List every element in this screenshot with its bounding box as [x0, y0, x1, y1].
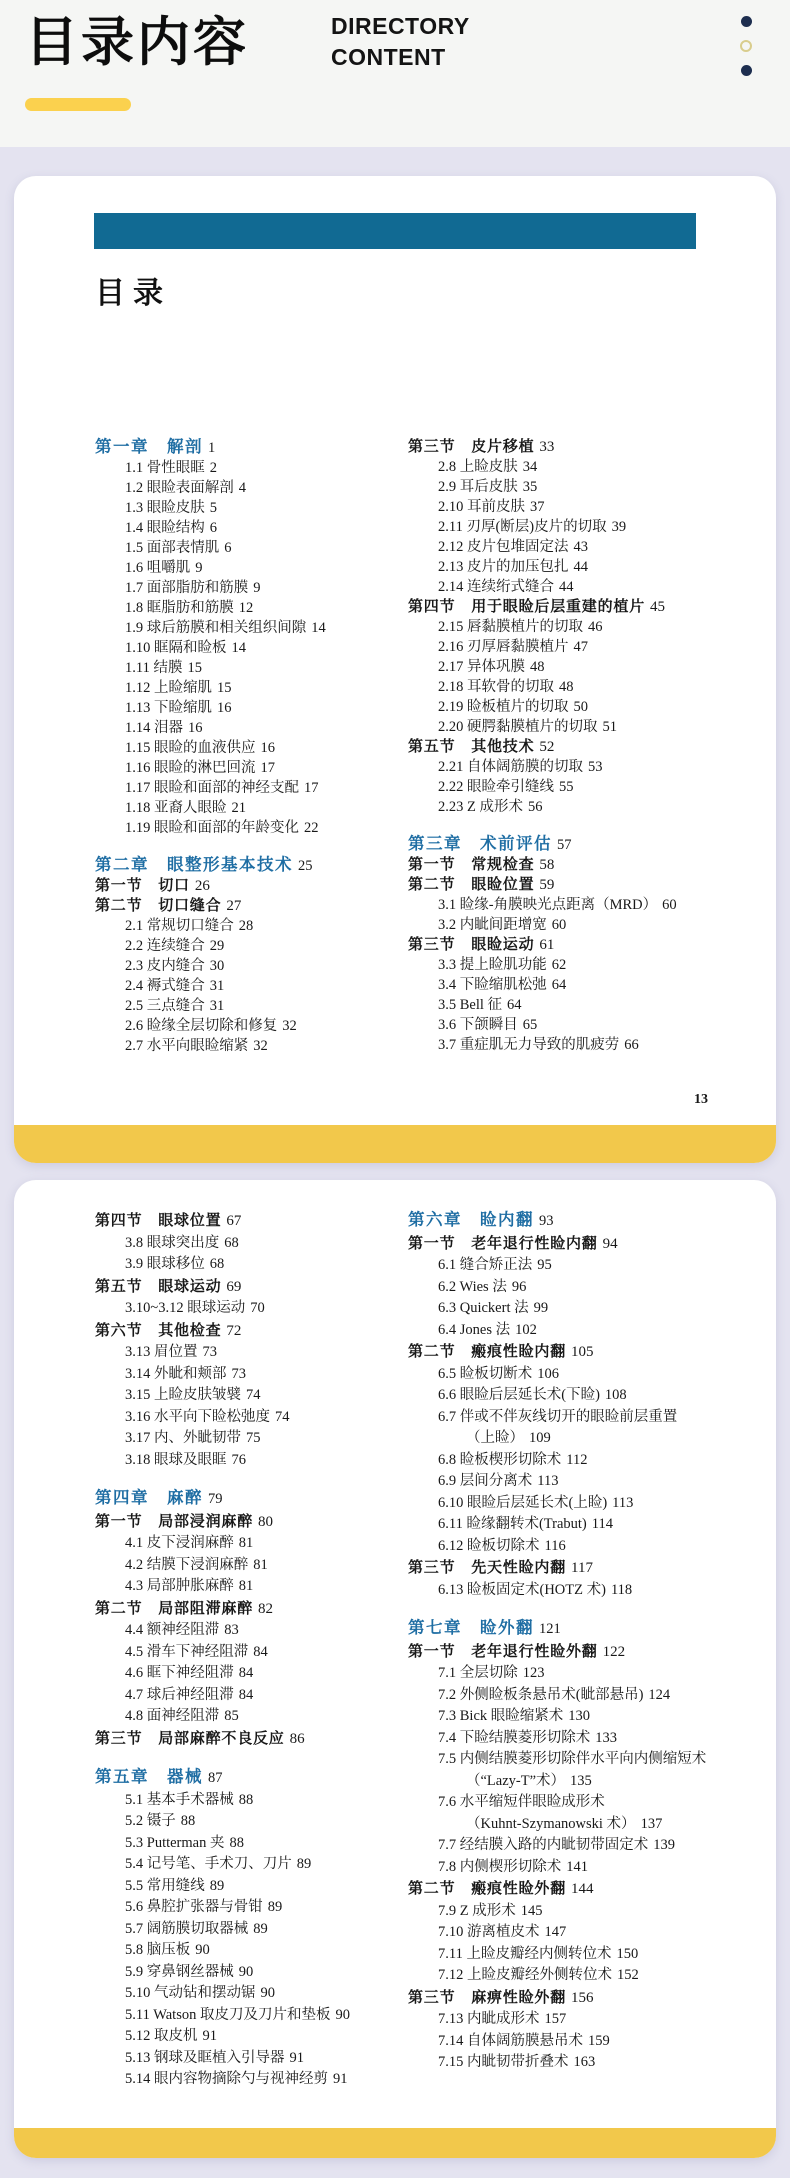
- entry-page-number: 135: [570, 1773, 592, 1789]
- entry-label: 6.12 睑板切除术: [438, 1538, 540, 1554]
- toc-item-entry: 2.10 耳前皮肤37: [408, 497, 756, 517]
- entry-label: 第五节 其他技术: [408, 738, 534, 755]
- entry-page-number: 116: [545, 1538, 566, 1554]
- toc-heading: 目录: [95, 268, 171, 312]
- toc-section-entry: 第五节 其他技术52: [408, 737, 756, 757]
- entry-page-number: 84: [253, 1644, 268, 1660]
- entry-page-number: 60: [662, 897, 677, 913]
- toc-chapter-entry: 第五章 器械87: [95, 1767, 408, 1790]
- entry-page-number: 74: [246, 1387, 261, 1403]
- toc-item-entry: 4.2 结膜下浸润麻醉81: [95, 1555, 408, 1577]
- entry-label: 4.8 面神经阻滞: [125, 1708, 219, 1724]
- entry-label: 6.13 睑板固定术(HOTZ 术): [438, 1582, 606, 1598]
- toc-item-entry: 1.11 结膜15: [95, 658, 408, 678]
- toc-item-entry: 4.8 面神经阻滞85: [95, 1706, 408, 1728]
- entry-label: 第一节 常规检查: [408, 856, 534, 873]
- toc-item-entry: 2.6 睑缘全层切除和修复32: [95, 1016, 408, 1036]
- entry-label: 1.16 眼睑的淋巴回流: [125, 760, 256, 776]
- toc-section-entry: 第一节 局部浸润麻醉80: [95, 1511, 408, 1534]
- toc-item-entry: 3.3 提上睑肌功能62: [408, 955, 756, 975]
- entry-label: 3.2 内眦间距增宽: [438, 917, 547, 933]
- entry-page-number: 114: [592, 1516, 613, 1532]
- entry-page-number: 15: [187, 660, 202, 676]
- dot-filled-icon: [741, 65, 752, 76]
- entry-page-number: 112: [566, 1452, 587, 1468]
- toc-item-entry: 6.2 Wies 法96: [408, 1277, 756, 1299]
- entry-page-number: 43: [574, 539, 589, 555]
- toc-item-entry: 2.14 连续绗式缝合44: [408, 577, 756, 597]
- entry-page-number: 122: [603, 1644, 626, 1660]
- toc-section-entry: 第二节 切口缝合27: [95, 896, 408, 916]
- page-title-english-line1: DIRECTORY: [331, 11, 470, 42]
- entry-page-number: 147: [545, 1924, 567, 1940]
- entry-page-number: 80: [258, 1514, 273, 1530]
- entry-label: 1.13 下睑缩肌: [125, 700, 212, 716]
- toc-item-entry: 6.1 缝合矫正法95: [408, 1255, 756, 1277]
- toc-item-entry: 7.14 自体阔筋膜悬吊术159: [408, 2031, 756, 2053]
- entry-page-number: 88: [181, 1813, 196, 1829]
- toc-item-entry: 5.9 穿鼻钢丝器械90: [95, 1962, 408, 1984]
- entry-label: 2.23 Z 成形术: [438, 799, 523, 815]
- toc-item-entry: 1.18 亚裔人眼睑21: [95, 798, 408, 818]
- entry-page-number: 108: [605, 1387, 627, 1403]
- entry-label: 5.9 穿鼻钢丝器械: [125, 1964, 234, 1980]
- toc-section-entry: 第一节 老年退行性睑外翻122: [408, 1641, 756, 1664]
- toc-item-entry: 1.14 泪器16: [95, 718, 408, 738]
- toc-item-entry: 1.3 眼睑皮肤5: [95, 498, 408, 518]
- toc-item-entry: 3.10~3.12 眼球运动70: [95, 1298, 408, 1320]
- entry-label: 第六节 其他检查: [95, 1322, 221, 1339]
- entry-page-number: 28: [239, 918, 254, 934]
- entry-page-number: 44: [574, 559, 589, 575]
- entry-label: 7.12 上睑皮瓣经外侧转位术: [438, 1967, 612, 1983]
- toc-section-entry: 第三节 皮片移植33: [408, 437, 756, 457]
- entry-label: 1.6 咀嚼肌: [125, 560, 190, 576]
- entry-label: 1.4 眼睑结构: [125, 520, 205, 536]
- toc-item-entry: 2.16 刃厚唇黏膜植片47: [408, 637, 756, 657]
- toc-item-entry: 5.7 阔筋膜切取器械89: [95, 1919, 408, 1941]
- toc-item-entry: 6.4 Jones 法102: [408, 1320, 756, 1342]
- entry-page-number: 66: [624, 1037, 639, 1053]
- entry-label: 7.8 内侧楔形切除术: [438, 1859, 561, 1875]
- entry-label-continuation: （Kuhnt-Szymanowski 术）: [466, 1816, 636, 1832]
- entry-label: 7.11 上睑皮瓣经内侧转位术: [438, 1946, 611, 1962]
- toc-item-entry: 2.15 唇黏膜植片的切取46: [408, 617, 756, 637]
- entry-label: 6.11 睑缘翻转术(Trabut): [438, 1516, 587, 1532]
- toc-item-entry: 7.8 内侧楔形切除术141: [408, 1857, 756, 1879]
- entry-label: 第四节 眼球位置: [95, 1212, 221, 1229]
- entry-page-number: 81: [253, 1557, 268, 1573]
- entry-page-number: 93: [539, 1213, 554, 1229]
- entry-label: 第三节 麻痹性睑外翻: [408, 1989, 566, 2006]
- toc-item-entry: 4.5 滑车下神经阻滞84: [95, 1642, 408, 1664]
- toc-item-entry: 6.11 睑缘翻转术(Trabut)114: [408, 1514, 756, 1536]
- entry-label: 5.3 Putterman 夹: [125, 1835, 224, 1851]
- entry-page-number: 48: [559, 679, 574, 695]
- toc-item-entry: 3.16 水平向下睑松弛度74: [95, 1407, 408, 1429]
- entry-label: 2.10 耳前皮肤: [438, 499, 525, 515]
- entry-label: 第三章 术前评估: [408, 835, 552, 853]
- entry-page-number: 22: [304, 820, 319, 836]
- entry-label: 6.8 睑板楔形切除术: [438, 1452, 561, 1468]
- entry-label: 3.18 眼球及眼眶: [125, 1452, 227, 1468]
- entry-page-number: 91: [290, 2050, 305, 2066]
- entry-label: 1.8 眶脂肪和筋膜: [125, 600, 234, 616]
- entry-page-number: 83: [224, 1622, 239, 1638]
- toc-section-entry: 第四节 用于眼睑后层重建的植片45: [408, 597, 756, 617]
- entry-page-number: 14: [311, 620, 326, 636]
- toc-item-entry: 2.20 硬腭黏膜植片的切取51: [408, 717, 756, 737]
- toc-item-entry: 2.8 上睑皮肤34: [408, 457, 756, 477]
- entry-label: 3.1 睑缘-角膜映光点距离（MRD）: [438, 897, 657, 913]
- entry-page-number: 9: [253, 580, 260, 596]
- entry-page-number: 68: [210, 1256, 225, 1272]
- entry-page-number: 163: [574, 2054, 596, 2070]
- entry-page-number: 29: [210, 938, 225, 954]
- entry-page-number: 88: [229, 1835, 244, 1851]
- toc-item-entry: 4.6 眶下神经阻滞84: [95, 1663, 408, 1685]
- toc-item-entry: 1.12 上睑缩肌15: [95, 678, 408, 698]
- toc-item-entry: 6.5 睑板切断术106: [408, 1364, 756, 1386]
- toc-item-entry: 2.3 皮内缝合30: [95, 956, 408, 976]
- entry-page-number: 113: [612, 1495, 633, 1511]
- toc-chapter-entry: 第四章 麻醉79: [95, 1488, 408, 1511]
- entry-page-number: 37: [530, 499, 545, 515]
- entry-label: 3.15 上睑皮肤皱襞: [125, 1387, 241, 1403]
- entry-page-number: 53: [588, 759, 603, 775]
- entry-page-number: 61: [539, 937, 554, 953]
- entry-label: 1.10 眶隔和睑板: [125, 640, 227, 656]
- entry-page-number: 152: [617, 1967, 639, 1983]
- entry-label: 2.1 常规切口缝合: [125, 918, 234, 934]
- entry-label: 5.12 取皮机: [125, 2028, 198, 2044]
- toc-item-entry: 2.21 自体阔筋膜的切取53: [408, 757, 756, 777]
- entry-label: 5.5 常用缝线: [125, 1878, 205, 1894]
- toc-item-entry: 3.2 内眦间距增宽60: [408, 915, 756, 935]
- entry-page-number: 113: [537, 1473, 558, 1489]
- entry-page-number: 47: [574, 639, 589, 655]
- toc-item-entry: 1.1 骨性眼眶2: [95, 458, 408, 478]
- entry-label: 3.8 眼球突出度: [125, 1235, 219, 1251]
- toc-item-entry: 2.19 睑板植片的切取50: [408, 697, 756, 717]
- toc-item-entry: 2.9 耳后皮肤35: [408, 477, 756, 497]
- entry-label: 第四章 麻醉: [95, 1489, 203, 1507]
- entry-page-number: 90: [239, 1964, 254, 1980]
- page-footer-yellow-bar: [14, 1125, 776, 1163]
- entry-label: 7.9 Z 成形术: [438, 1903, 516, 1919]
- entry-label: 6.3 Quickert 法: [438, 1300, 529, 1316]
- entry-page-number: 69: [226, 1279, 241, 1295]
- entry-page-number: 144: [571, 1881, 594, 1897]
- toc-item-entry: 2.4 褥式缝合31: [95, 976, 408, 996]
- entry-label: 1.15 眼睑的血液供应: [125, 740, 256, 756]
- toc-item-entry: 3.14 外眦和颊部73: [95, 1364, 408, 1386]
- toc-item-entry: 5.4 记号笔、手术刀、刀片89: [95, 1854, 408, 1876]
- entry-page-number: 124: [648, 1687, 670, 1703]
- toc-item-entry: 1.2 眼睑表面解剖4: [95, 478, 408, 498]
- entry-label: 2.15 唇黏膜植片的切取: [438, 619, 583, 635]
- entry-label: 2.8 上睑皮肤: [438, 459, 518, 475]
- page-footer-yellow-bar: [14, 2128, 776, 2158]
- toc-screenshot: { "header": { "title": "目录内容", "en_line1…: [0, 0, 790, 2178]
- entry-page-number: 89: [268, 1899, 283, 1915]
- entry-page-number: 57: [557, 837, 572, 853]
- entry-page-number: 17: [304, 780, 319, 796]
- toc-item-entry: 1.4 眼睑结构6: [95, 518, 408, 538]
- entry-page-number: 159: [588, 2033, 610, 2049]
- entry-page-number: 1: [208, 440, 215, 456]
- entry-page-number: 44: [559, 579, 574, 595]
- toc-item-entry: 6.7 伴或不伴灰线切开的眼睑前层重置（上睑）109: [408, 1407, 756, 1450]
- page-number: 13: [694, 1092, 708, 1108]
- entry-label: 3.7 重症肌无力导致的肌疲劳: [438, 1037, 619, 1053]
- toc-item-entry: 5.11 Watson 取皮刀及刀片和垫板90: [95, 2005, 408, 2027]
- entry-label: 5.10 气动钻和摆动锯: [125, 1985, 256, 2001]
- entry-label: 4.3 局部肿胀麻醉: [125, 1578, 234, 1594]
- entry-label: 3.14 外眦和颊部: [125, 1366, 227, 1382]
- entry-page-number: 106: [537, 1366, 559, 1382]
- entry-page-number: 33: [539, 439, 554, 455]
- toc-item-entry: 1.7 面部脂肪和筋膜9: [95, 578, 408, 598]
- entry-page-number: 39: [612, 519, 627, 535]
- entry-label: 5.4 记号笔、手术刀、刀片: [125, 1856, 292, 1872]
- toc-item-entry: 7.12 上睑皮瓣经外侧转位术152: [408, 1965, 756, 1987]
- toc-item-entry: 5.5 常用缝线89: [95, 1876, 408, 1898]
- entry-label: 2.20 硬腭黏膜植片的切取: [438, 719, 598, 735]
- entry-label: 第五章 器械: [95, 1768, 203, 1786]
- toc-chapter-entry: 第二章 眼整形基本技术25: [95, 855, 408, 876]
- entry-page-number: 15: [217, 680, 232, 696]
- entry-page-number: 58: [539, 857, 554, 873]
- entry-label: 第一节 局部浸润麻醉: [95, 1513, 253, 1530]
- entry-label: 第二节 瘢痕性睑内翻: [408, 1343, 566, 1360]
- entry-label: 第四节 用于眼睑后层重建的植片: [408, 598, 645, 615]
- entry-label: 第三节 眼睑运动: [408, 936, 534, 953]
- entry-page-number: 89: [210, 1878, 225, 1894]
- entry-page-number: 82: [258, 1601, 273, 1617]
- page-header-blue-bar: [94, 213, 696, 249]
- entry-label: 5.8 脑压板: [125, 1942, 190, 1958]
- entry-label-continuation: （“Lazy-T”术）: [466, 1773, 565, 1789]
- entry-label-continuation: （上睑）: [466, 1430, 524, 1446]
- entry-page-number: 105: [571, 1344, 594, 1360]
- toc-chapter-entry: 第一章 解剖1: [95, 437, 408, 458]
- toc-item-entry: 5.13 钢球及眶植入引导器91: [95, 2048, 408, 2070]
- entry-label: 第二节 切口缝合: [95, 897, 221, 914]
- entry-page-number: 89: [297, 1856, 312, 1872]
- entry-label: 第一节 老年退行性睑外翻: [408, 1643, 598, 1660]
- toc-page-2: 第四节 眼球位置673.8 眼球突出度683.9 眼球移位68第五节 眼球运动6…: [14, 1180, 776, 2158]
- toc-item-entry: 7.6 水平缩短伴眼睑成形术（Kuhnt-Szymanowski 术）137: [408, 1792, 756, 1835]
- entry-page-number: 30: [210, 958, 225, 974]
- toc-item-entry: 7.7 经结膜入路的内眦韧带固定术139: [408, 1835, 756, 1857]
- entry-label: 5.2 镊子: [125, 1813, 176, 1829]
- entry-page-number: 32: [253, 1038, 268, 1054]
- entry-page-number: 91: [333, 2071, 348, 2087]
- entry-label: 1.1 骨性眼眶: [125, 460, 205, 476]
- entry-label: 5.14 眼内容物摘除勺与视神经剪: [125, 2071, 328, 2087]
- entry-page-number: 130: [568, 1708, 590, 1724]
- entry-label: 7.3 Bick 眼睑缩紧术: [438, 1708, 563, 1724]
- toc-item-entry: 7.5 内侧结膜菱形切除伴水平向内侧缩短术（“Lazy-T”术）135: [408, 1749, 756, 1792]
- entry-page-number: 86: [290, 1731, 305, 1747]
- entry-label: 3.3 提上睑肌功能: [438, 957, 547, 973]
- entry-label: 3.10~3.12 眼球运动: [125, 1300, 245, 1316]
- toc-item-entry: 1.17 眼睑和面部的神经支配17: [95, 778, 408, 798]
- entry-label: 5.11 Watson 取皮刀及刀片和垫板: [125, 2007, 330, 2023]
- entry-page-number: 72: [226, 1323, 241, 1339]
- toc-section-entry: 第五节 眼球运动69: [95, 1276, 408, 1299]
- decorative-dots: [740, 16, 752, 76]
- entry-page-number: 2: [210, 460, 217, 476]
- entry-label: 1.2 眼睑表面解剖: [125, 480, 234, 496]
- entry-page-number: 94: [603, 1236, 618, 1252]
- entry-label: 5.1 基本手术器械: [125, 1792, 234, 1808]
- entry-page-number: 123: [523, 1665, 545, 1681]
- entry-page-number: 141: [566, 1859, 588, 1875]
- toc-item-entry: 1.8 眶脂肪和筋膜12: [95, 598, 408, 618]
- entry-label: 7.6 水平缩短伴眼睑成形术: [438, 1794, 605, 1810]
- toc-chapter-entry: 第七章 睑外翻121: [408, 1618, 756, 1641]
- entry-page-number: 35: [523, 479, 538, 495]
- toc-item-entry: 7.13 内眦成形术157: [408, 2009, 756, 2031]
- entry-label: 第五节 眼球运动: [95, 1278, 221, 1295]
- entry-page-number: 90: [261, 1985, 276, 2001]
- toc-item-entry: 3.18 眼球及眼眶76: [95, 1450, 408, 1472]
- toc-section-entry: 第二节 瘢痕性睑内翻105: [408, 1341, 756, 1364]
- entry-page-number: 73: [232, 1366, 247, 1382]
- entry-label: 4.5 滑车下神经阻滞: [125, 1644, 248, 1660]
- entry-label: 2.5 三点缝合: [125, 998, 205, 1014]
- toc-item-entry: 2.17 异体巩膜48: [408, 657, 756, 677]
- entry-label: 2.14 连续绗式缝合: [438, 579, 554, 595]
- entry-page-number: 145: [521, 1903, 543, 1919]
- toc-item-entry: 1.15 眼睑的血液供应16: [95, 738, 408, 758]
- entry-label: 1.14 泪器: [125, 720, 183, 736]
- entry-page-number: 87: [208, 1770, 223, 1786]
- entry-page-number: 59: [539, 877, 554, 893]
- entry-label: 第三节 局部麻醉不良反应: [95, 1730, 285, 1747]
- entry-label: 7.2 外侧睑板条悬吊术(眦部悬吊): [438, 1687, 643, 1703]
- entry-page-number: 109: [529, 1430, 551, 1446]
- toc-item-entry: 2.12 皮片包堆固定法43: [408, 537, 756, 557]
- toc-item-entry: 2.1 常规切口缝合28: [95, 916, 408, 936]
- entry-page-number: 16: [188, 720, 203, 736]
- entry-label: 3.5 Bell 征: [438, 997, 502, 1013]
- entry-label: 5.7 阔筋膜切取器械: [125, 1921, 248, 1937]
- toc-item-entry: 7.15 内眦韧带折叠术163: [408, 2052, 756, 2074]
- toc-item-entry: 6.10 眼睑后层延长术(上睑)113: [408, 1493, 756, 1515]
- toc-item-entry: 5.2 镊子88: [95, 1811, 408, 1833]
- entry-page-number: 64: [507, 997, 522, 1013]
- entry-page-number: 56: [528, 799, 543, 815]
- entry-page-number: 52: [539, 739, 554, 755]
- toc-item-entry: 6.3 Quickert 法99: [408, 1298, 756, 1320]
- toc-item-entry: 7.4 下睑结膜菱形切除术133: [408, 1728, 756, 1750]
- entry-page-number: 68: [224, 1235, 239, 1251]
- entry-page-number: 88: [239, 1792, 254, 1808]
- entry-label: 1.3 眼睑皮肤: [125, 500, 205, 516]
- toc-page-1: 目录 第一章 解剖11.1 骨性眼眶21.2 眼睑表面解剖41.3 眼睑皮肤51…: [14, 176, 776, 1163]
- entry-label: 7.13 内眦成形术: [438, 2011, 540, 2027]
- toc-item-entry: 3.17 内、外眦韧带75: [95, 1428, 408, 1450]
- entry-page-number: 48: [530, 659, 545, 675]
- toc-item-entry: 3.9 眼球移位68: [95, 1254, 408, 1276]
- toc-section-entry: 第三节 先天性睑内翻117: [408, 1557, 756, 1580]
- toc-item-entry: 5.8 脑压板90: [95, 1940, 408, 1962]
- toc-section-entry: 第一节 常规检查58: [408, 855, 756, 875]
- entry-label: 2.12 皮片包堆固定法: [438, 539, 569, 555]
- entry-page-number: 9: [195, 560, 202, 576]
- entry-label: 7.1 全层切除: [438, 1665, 518, 1681]
- entry-label: 1.17 眼睑和面部的神经支配: [125, 780, 299, 796]
- entry-page-number: 156: [571, 1990, 594, 2006]
- entry-label: 2.9 耳后皮肤: [438, 479, 518, 495]
- entry-page-number: 75: [246, 1430, 261, 1446]
- entry-label: 3.9 眼球移位: [125, 1256, 205, 1272]
- entry-page-number: 70: [250, 1300, 265, 1316]
- entry-page-number: 25: [298, 858, 313, 874]
- toc-item-entry: 2.23 Z 成形术56: [408, 797, 756, 817]
- toc-item-entry: 2.11 刃厚(断层)皮片的切取39: [408, 517, 756, 537]
- entry-label: 3.6 下颌瞬目: [438, 1017, 518, 1033]
- entry-label: 2.6 睑缘全层切除和修复: [125, 1018, 277, 1034]
- entry-page-number: 90: [335, 2007, 350, 2023]
- toc-item-entry: 7.2 外侧睑板条悬吊术(眦部悬吊)124: [408, 1685, 756, 1707]
- entry-page-number: 99: [534, 1300, 549, 1316]
- entry-label: 第二节 瘢痕性睑外翻: [408, 1880, 566, 1897]
- entry-page-number: 34: [523, 459, 538, 475]
- entry-label: 1.12 上睑缩肌: [125, 680, 212, 696]
- entry-label: 第七章 睑外翻: [408, 1619, 534, 1637]
- entry-page-number: 6: [210, 520, 217, 536]
- entry-label: 5.13 钢球及眶植入引导器: [125, 2050, 285, 2066]
- entry-label: 第二节 眼睑位置: [408, 876, 534, 893]
- entry-label: 4.7 球后神经阻滞: [125, 1687, 234, 1703]
- toc-item-entry: 2.22 眼睑牵引缝线55: [408, 777, 756, 797]
- entry-page-number: 133: [595, 1730, 617, 1746]
- entry-label: 2.13 皮片的加压包扎: [438, 559, 569, 575]
- toc-item-entry: 7.3 Bick 眼睑缩紧术130: [408, 1706, 756, 1728]
- toc-item-entry: 2.13 皮片的加压包扎44: [408, 557, 756, 577]
- entry-page-number: 16: [261, 740, 276, 756]
- entry-page-number: 118: [611, 1582, 632, 1598]
- toc-item-entry: 4.1 皮下浸润麻醉81: [95, 1533, 408, 1555]
- entry-label: 2.18 耳软骨的切取: [438, 679, 554, 695]
- toc-item-entry: 6.9 层间分离术113: [408, 1471, 756, 1493]
- toc-item-entry: 7.9 Z 成形术145: [408, 1901, 756, 1923]
- toc-columns-page2: 第四节 眼球位置673.8 眼球突出度683.9 眼球移位68第五节 眼球运动6…: [95, 1210, 756, 2091]
- toc-item-entry: 4.3 局部肿胀麻醉81: [95, 1576, 408, 1598]
- entry-page-number: 96: [512, 1279, 527, 1295]
- page-title-english-line2: CONTENT: [331, 42, 470, 73]
- entry-page-number: 65: [523, 1017, 538, 1033]
- entry-label: 6.2 Wies 法: [438, 1279, 507, 1295]
- entry-page-number: 46: [588, 619, 603, 635]
- entry-page-number: 139: [653, 1837, 675, 1853]
- toc-item-entry: 3.4 下睑缩肌松弛64: [408, 975, 756, 995]
- entry-page-number: 32: [282, 1018, 297, 1034]
- entry-page-number: 16: [217, 700, 232, 716]
- entry-label: 3.13 眉位置: [125, 1344, 198, 1360]
- entry-label: 6.6 眼睑后层延长术(下睑): [438, 1387, 600, 1403]
- entry-label: 1.19 眼睑和面部的年龄变化: [125, 820, 299, 836]
- entry-page-number: 137: [641, 1816, 663, 1832]
- toc-item-entry: 3.15 上睑皮肤皱襞74: [95, 1385, 408, 1407]
- entry-page-number: 60: [552, 917, 567, 933]
- entry-page-number: 21: [232, 800, 247, 816]
- entry-label: 7.15 内眦韧带折叠术: [438, 2054, 569, 2070]
